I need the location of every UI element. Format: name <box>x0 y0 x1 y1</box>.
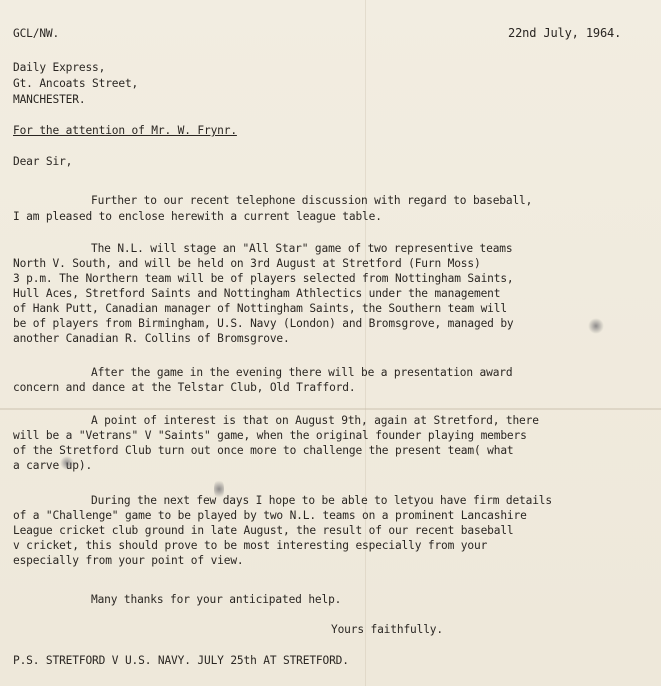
paragraph-line: Further to our recent telephone discussi… <box>13 194 661 207</box>
letter-date: 22nd July, 1964. <box>508 27 621 40</box>
paragraph-line: of Hank Putt, Canadian manager of Nottin… <box>13 302 653 315</box>
paragraph-line: During the next few days I hope to be ab… <box>13 494 661 507</box>
paragraph-line: League cricket club ground in late Augus… <box>13 524 653 537</box>
paragraph-line: 3 p.m. The Northern team will be of play… <box>13 272 653 285</box>
paragraph-line: be of players from Birmingham, U.S. Navy… <box>13 317 653 330</box>
attention-line: For the attention of Mr. W. Frynr. <box>13 124 237 137</box>
closing-line: Many thanks for your anticipated help. <box>91 593 341 606</box>
paragraph-line: A point of interest is that on August 9t… <box>13 414 661 427</box>
recipient-line: Gt. Ancoats Street, <box>13 77 138 90</box>
paragraph-line: especially from your point of view. <box>13 554 653 567</box>
recipient-line: Daily Express, <box>13 61 105 74</box>
paragraph-line: The N.L. will stage an "All Star" game o… <box>13 242 661 255</box>
salutation: Dear Sir, <box>13 155 72 168</box>
paragraph-line: will be a "Vetrans" V "Saints" game, whe… <box>13 429 653 442</box>
ink-smudge <box>214 478 224 500</box>
paragraph-line: of a "Challenge" game to be played by tw… <box>13 509 653 522</box>
postscript: P.S. STRETFORD V U.S. NAVY. JULY 25th AT… <box>13 654 349 667</box>
letter-page: GCL/NW. 22nd July, 1964. Daily Express, … <box>0 0 661 686</box>
paragraph-line: a carve up). <box>13 459 653 472</box>
ink-smudge <box>588 318 604 334</box>
paragraph-line: of the Stretford Club turn out once more… <box>13 444 653 457</box>
paragraph-line: another Canadian R. Collins of Bromsgrov… <box>13 332 653 345</box>
paragraph-line: I am pleased to enclose herewith a curre… <box>13 210 653 223</box>
paper-fold <box>0 408 661 410</box>
paragraph-line: v cricket, this should prove to be most … <box>13 539 653 552</box>
paragraph-line: Hull Aces, Stretford Saints and Nottingh… <box>13 287 653 300</box>
paragraph-line: concern and dance at the Telstar Club, O… <box>13 381 653 394</box>
letter-reference: GCL/NW. <box>13 27 59 40</box>
paragraph-line: After the game in the evening there will… <box>13 366 661 379</box>
paragraph-line: North V. South, and will be held on 3rd … <box>13 257 653 270</box>
ink-smudge <box>60 456 74 470</box>
sign-off: Yours faithfully. <box>331 623 443 636</box>
recipient-line: MANCHESTER. <box>13 93 85 106</box>
